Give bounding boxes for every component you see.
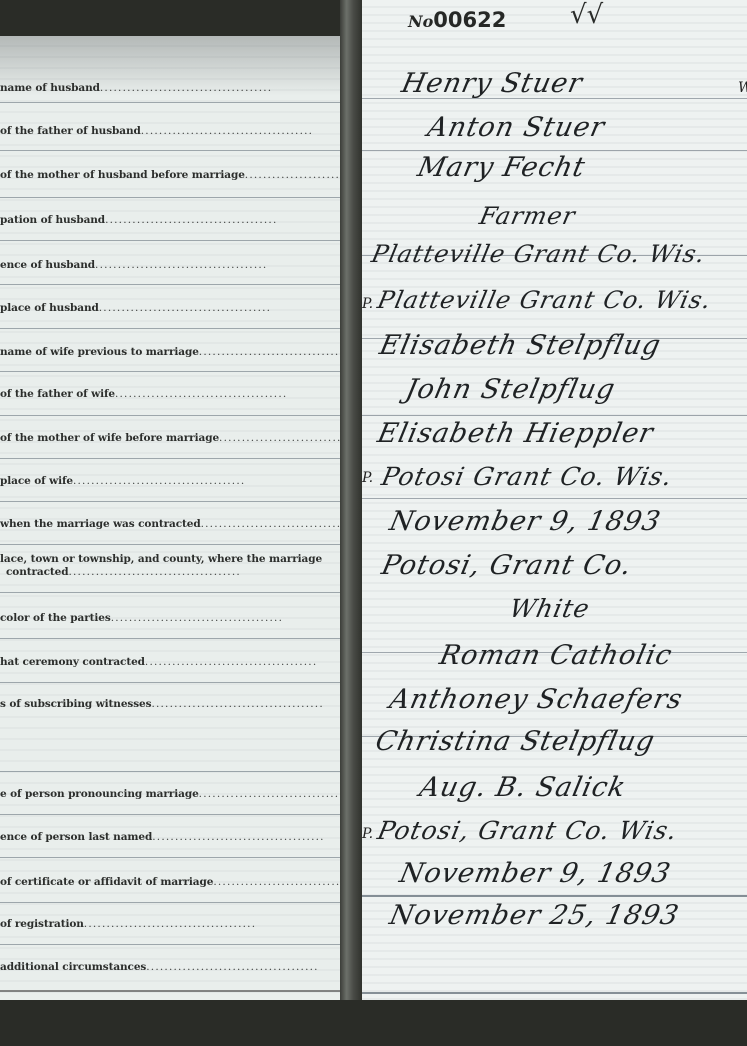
label-additional-circumstances: additional circumstances................… <box>0 961 319 977</box>
rule <box>0 415 342 416</box>
entry-date-of-marriage: November 9, 1893 <box>387 506 664 537</box>
entry-place-of-marriage: Potosi, Grant Co. <box>379 550 635 581</box>
label-date-of-marriage: when the marriage was contracted........… <box>0 518 342 534</box>
entry-color: White <box>507 594 593 623</box>
rule <box>0 682 342 683</box>
entry-father-of-wife: John Stelpflug <box>403 374 619 405</box>
rule <box>0 857 342 858</box>
entry-occupation: Farmer <box>477 202 578 230</box>
rule <box>0 501 342 502</box>
check-marks: √√ <box>570 0 603 30</box>
left-page-printed-labels: name of husband.........................… <box>0 36 342 1000</box>
entry-date-of-registration: November 25, 1893 <box>387 900 682 931</box>
label-ceremony: hat ceremony contracted.................… <box>0 656 317 672</box>
entry-date-of-certificate: November 9, 1893 <box>397 858 674 889</box>
rule <box>0 458 342 459</box>
entry-wife-name: Elisabeth Stelpflug <box>377 330 664 361</box>
rule <box>0 102 342 103</box>
record-number-stamp: No00622 <box>408 8 506 32</box>
rule <box>0 902 342 903</box>
rule <box>360 895 747 897</box>
rule <box>360 498 747 499</box>
margin-mark: P. <box>362 296 373 312</box>
rule <box>0 328 342 329</box>
scan-bottom-margin-right <box>362 1030 747 1046</box>
entry-birthplace-of-wife: Potosi Grant Co. Wis. <box>379 462 675 491</box>
rule <box>360 992 747 994</box>
entry-father-of-husband: Anton Stuer <box>425 112 608 143</box>
label-place-of-marriage-cont: contracted..............................… <box>6 566 241 582</box>
rule <box>0 240 342 241</box>
rule <box>360 150 747 151</box>
rule <box>0 284 342 285</box>
label-mother-of-wife: of the mother of wife before marriage...… <box>0 432 342 448</box>
label-date-of-registration: of registration.........................… <box>0 918 256 934</box>
label-mother-of-husband: of the mother of husband before marriage… <box>0 169 342 185</box>
margin-mark: P. <box>362 826 373 842</box>
label-father-of-husband: of the father of husband................… <box>0 125 313 141</box>
label-birthplace-of-husband: place of husband........................… <box>0 302 271 318</box>
label-person-pronouncing: e of person pronouncing marriage........… <box>0 788 342 804</box>
label-occupation-of-husband: pation of husband.......................… <box>0 214 278 230</box>
margin-mark: W <box>738 80 747 96</box>
label-father-of-wife: of the father of wife...................… <box>0 388 287 404</box>
entry-witness-1: Anthoney Schaefers <box>387 684 686 715</box>
entry-birthplace-of-husband: Platteville Grant Co. Wis. <box>375 286 714 314</box>
scan-top-margin <box>0 0 352 38</box>
entry-mother-of-wife: Elisabeth Hieppler <box>375 418 657 449</box>
entry-ceremony: Roman Catholic <box>437 640 675 671</box>
entry-mother-of-husband: Mary Fecht <box>415 152 589 183</box>
margin-mark: P. <box>362 470 373 486</box>
rule <box>360 415 747 416</box>
rule <box>0 944 342 945</box>
rule <box>0 592 342 593</box>
label-date-of-certificate: of certificate or affidavit of marriage.… <box>0 876 342 892</box>
rule <box>0 197 342 198</box>
rule <box>0 771 342 772</box>
rule <box>0 150 342 151</box>
rule <box>0 814 342 815</box>
label-color-of-parties: color of the parties....................… <box>0 612 283 628</box>
rule <box>0 990 342 992</box>
entry-person-pronouncing: Aug. B. Salick <box>417 772 629 803</box>
page-gutter <box>340 0 362 1046</box>
entry-residence-of-person: Potosi, Grant Co. Wis. <box>375 816 680 845</box>
right-page-handwritten-entries: No00622 √√ Henry Stuer Anton Stuer Mary … <box>360 0 747 1030</box>
label-residence-of-person: ence of person last named...............… <box>0 831 325 847</box>
entry-witness-2: Christina Stelpflug <box>373 726 658 757</box>
entry-husband-name: Henry Stuer <box>399 68 586 99</box>
label-name-of-husband: name of husband.........................… <box>0 82 272 98</box>
rule <box>0 544 342 545</box>
label-witnesses: s of subscribing witnesses..............… <box>0 698 324 714</box>
label-residence-of-husband: ence of husband.........................… <box>0 259 267 275</box>
rule <box>0 638 342 639</box>
rule <box>0 371 342 372</box>
label-birthplace-of-wife: place of wife...........................… <box>0 475 245 491</box>
label-name-of-wife: name of wife previous to marriage.......… <box>0 346 342 362</box>
entry-residence-of-husband: Platteville Grant Co. Wis. <box>369 240 708 268</box>
